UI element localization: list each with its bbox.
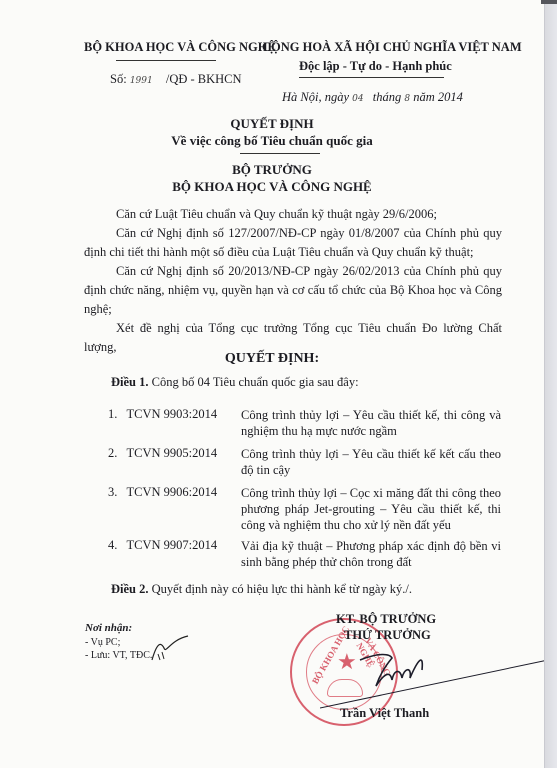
article-2-text: Quyết định này có hiệu lực thi hành kể t… bbox=[152, 582, 412, 596]
standard-index: 1. bbox=[108, 407, 117, 421]
standard-code: TCVN 9905:2014 bbox=[127, 446, 218, 460]
preamble-paragraph: Căn cứ Luật Tiêu chuẩn và Quy chuẩn kỹ t… bbox=[84, 205, 502, 224]
signer-name: Trần Việt Thanh bbox=[340, 706, 429, 721]
number-suffix: /QĐ - BKHCN bbox=[166, 72, 242, 86]
scan-edge-top bbox=[541, 0, 557, 4]
article-1: Điều 1. Công bố 04 Tiêu chuẩn quốc gia s… bbox=[111, 375, 359, 390]
document-page: BỘ KHOA HỌC VÀ CÔNG NGHỆ Số: 1991 /QĐ - … bbox=[0, 0, 544, 768]
issue-date: Hà Nội, ngày 04 tháng 8 năm 2014 bbox=[282, 90, 463, 105]
date-month-label: tháng bbox=[373, 90, 401, 104]
document-number: Số: 1991 /QĐ - BKHCN bbox=[110, 72, 242, 87]
article-2: Điều 2. Quyết định này có hiệu lực thi h… bbox=[111, 582, 412, 597]
handwritten-signature-icon bbox=[320, 640, 550, 710]
preamble-paragraph: Căn cứ Nghị định số 127/2007/NĐ-CP ngày … bbox=[84, 224, 502, 262]
signature-title-1: KT. BỘ TRƯỞNG bbox=[336, 612, 436, 627]
motto-underline bbox=[299, 77, 444, 78]
ministry-underline bbox=[116, 60, 216, 61]
number-label: Số: bbox=[110, 72, 127, 86]
standard-index: 3. bbox=[108, 485, 117, 499]
recipients-label: Nơi nhận: bbox=[85, 622, 132, 634]
authority-ministry: BỘ KHOA HỌC VÀ CÔNG NGHỆ bbox=[0, 179, 544, 195]
date-year: năm 2014 bbox=[413, 90, 463, 104]
recipient-item: - Vụ PC; bbox=[85, 637, 120, 648]
decision-heading: QUYẾT ĐỊNH: bbox=[0, 351, 544, 367]
number-handwritten: 1991 bbox=[130, 76, 153, 86]
authority-title: BỘ TRƯỞNG bbox=[0, 162, 544, 178]
date-prefix: Hà Nội, ngày bbox=[282, 90, 349, 104]
standard-title: Công trình thủy lợi – Yêu cầu thiết kế k… bbox=[241, 446, 501, 478]
national-motto: Độc lập - Tự do - Hạnh phúc bbox=[299, 59, 452, 74]
initial-scribble-icon bbox=[150, 632, 190, 662]
date-month: 8 bbox=[404, 94, 410, 104]
preamble: Căn cứ Luật Tiêu chuẩn và Quy chuẩn kỹ t… bbox=[84, 205, 502, 357]
preamble-paragraph: Căn cứ Nghị định số 20/2013/NĐ-CP ngày 2… bbox=[84, 262, 502, 319]
document-type: QUYẾT ĐỊNH bbox=[0, 116, 544, 132]
article-1-text: Công bố 04 Tiêu chuẩn quốc gia sau đây: bbox=[152, 375, 359, 389]
scan-edge bbox=[544, 0, 557, 768]
standard-title: Công trình thủy lợi – Cọc xi măng đất th… bbox=[241, 485, 501, 533]
date-day: 04 bbox=[352, 94, 363, 104]
standard-title: Công trình thủy lợi – Yêu cầu thiết kế, … bbox=[241, 407, 501, 439]
standard-code: TCVN 9903:2014 bbox=[127, 407, 218, 421]
document-subject: Về việc công bố Tiêu chuẩn quốc gia bbox=[0, 133, 544, 149]
country-name: CỘNG HOÀ XÃ HỘI CHỦ NGHĨA VIỆT NAM bbox=[262, 40, 522, 55]
standard-index: 4. bbox=[108, 538, 117, 552]
recipient-item: - Lưu: VT, TĐC. bbox=[85, 650, 152, 661]
ministry-name: BỘ KHOA HỌC VÀ CÔNG NGHỆ bbox=[84, 40, 276, 55]
standard-code: TCVN 9906:2014 bbox=[127, 485, 218, 499]
standard-code: TCVN 9907:2014 bbox=[127, 538, 218, 552]
article-1-label: Điều 1. bbox=[111, 375, 149, 389]
subject-divider bbox=[240, 153, 320, 154]
standard-title: Vải địa kỹ thuật – Phương pháp xác định … bbox=[241, 538, 501, 570]
standard-index: 2. bbox=[108, 446, 117, 460]
article-2-label: Điều 2. bbox=[111, 582, 149, 596]
